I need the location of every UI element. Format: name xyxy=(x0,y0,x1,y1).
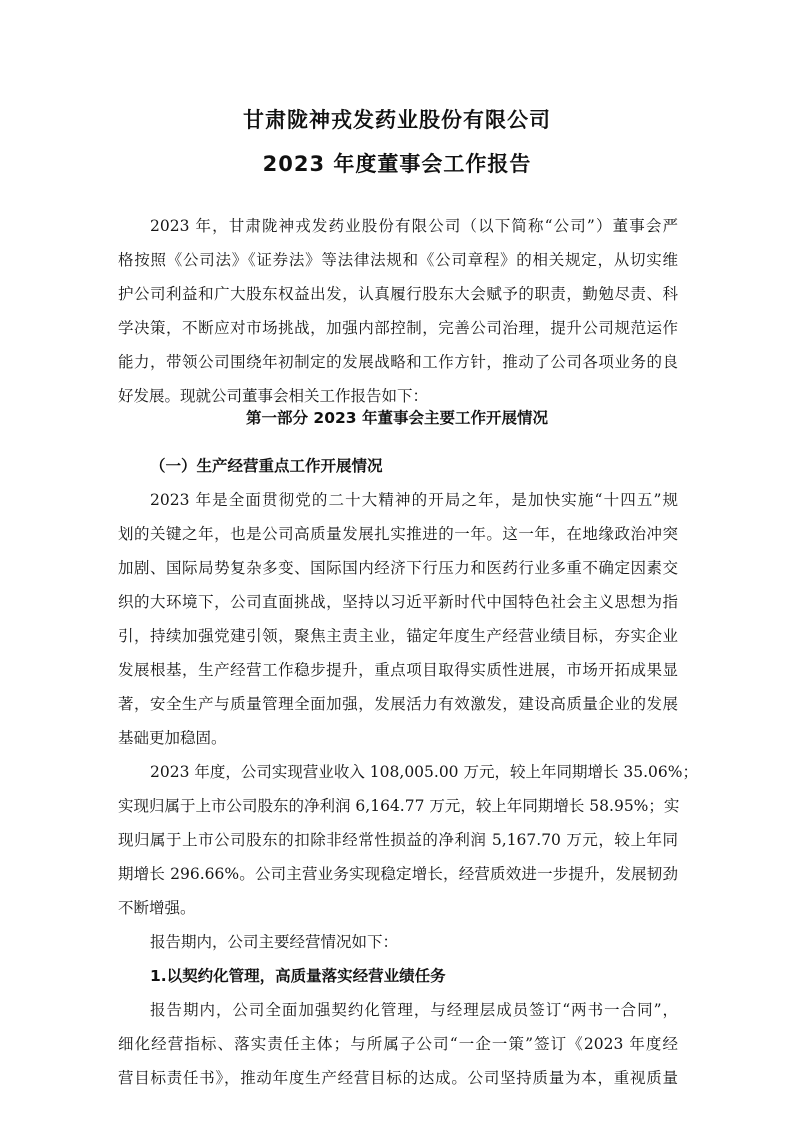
section-heading: （一）生产经营重点工作开展情况 xyxy=(150,456,383,476)
section-p2-line-2: 实现归属于上市公司股东的净利润 6,164.77 万元，较上年同期增长 58.9… xyxy=(118,796,678,816)
section-p1-line-5: 引，持续加强党建引领，聚焦主责主业，锚定年度生产经营业绩目标，夯实企业 xyxy=(118,626,678,646)
section-p1-line-3: 加剧、国际局势复杂多变、国际国内经济下行压力和医药行业多重不确定因素交 xyxy=(118,558,678,578)
section-p1-line-8: 基础更加稳固。 xyxy=(118,728,678,748)
subsection-heading: 1.以契约化管理，高质量落实经营业绩任务 xyxy=(150,966,446,986)
intro-line-4: 学决策，不断应对市场挑战，加强内部控制，完善公司治理，提升公司规范运作 xyxy=(118,318,678,338)
part-heading: 第一部分 2023 年董事会主要工作开展情况 xyxy=(0,408,794,428)
intro-line-3: 护公司利益和广大股东权益出发，认真履行股东大会赋予的职责，勤勉尽责、科 xyxy=(118,284,678,304)
document-title-company: 甘肃陇神戎发药业股份有限公司 xyxy=(0,104,794,134)
intro-line-1: 2023 年，甘肃陇神戎发药业股份有限公司（以下简称“公司”）董事会严 xyxy=(150,216,678,236)
section-p2-line-1: 2023 年度，公司实现营业收入 108,005.00 万元，较上年同期增长 3… xyxy=(150,762,678,782)
document-page: 甘肃陇神戎发药业股份有限公司 2023 年度董事会工作报告 2023 年，甘肃陇… xyxy=(0,0,794,1122)
section-p1-line-1: 2023 年是全面贯彻党的二十大精神的开局之年，是加快实施“十四五”规 xyxy=(150,490,678,510)
section-p2-line-5: 不断增强。 xyxy=(118,898,678,918)
section-p2-line-3: 现归属于上市公司股东的扣除非经常性损益的净利润 5,167.70 万元，较上年同 xyxy=(118,830,678,850)
section-p1-line-7: 著，安全生产与质量管理全面加强，发展活力有效激发，建设高质量企业的发展 xyxy=(118,694,678,714)
subsection-p1-line-3: 营目标责任书》，推动年度生产经营目标的达成。公司坚持质量为本，重视质量 xyxy=(118,1068,678,1088)
section-p2-line-4: 期增长 296.66%。公司主营业务实现稳定增长，经营质效进一步提升，发展韧劲 xyxy=(118,864,678,884)
document-title-report: 2023 年度董事会工作报告 xyxy=(0,148,794,178)
section-p1-line-4: 织的大环境下，公司直面挑战，坚持以习近平新时代中国特色社会主义思想为指 xyxy=(118,592,678,612)
subsection-p1-line-1: 报告期内，公司全面加强契约化管理，与经理层成员签订“两书一合同”， xyxy=(150,1000,678,1020)
intro-line-5: 能力，带领公司围绕年初制定的发展战略和工作方针，推动了公司各项业务的良 xyxy=(118,352,678,372)
section-p3-line-1: 报告期内，公司主要经营情况如下： xyxy=(150,932,678,952)
intro-line-2: 格按照《公司法》《证券法》等法律法规和《公司章程》的相关规定，从切实维 xyxy=(118,250,678,270)
subsection-p1-line-2: 细化经营指标、落实责任主体；与所属子公司“一企一策”签订《2023 年度经 xyxy=(118,1034,678,1054)
section-p1-line-2: 划的关键之年，也是公司高质量发展扎实推进的一年。这一年，在地缘政治冲突 xyxy=(118,524,678,544)
section-p1-line-6: 发展根基，生产经营工作稳步提升，重点项目取得实质性进展，市场开拓成果显 xyxy=(118,660,678,680)
intro-line-6: 好发展。现就公司董事会相关工作报告如下： xyxy=(118,386,678,406)
